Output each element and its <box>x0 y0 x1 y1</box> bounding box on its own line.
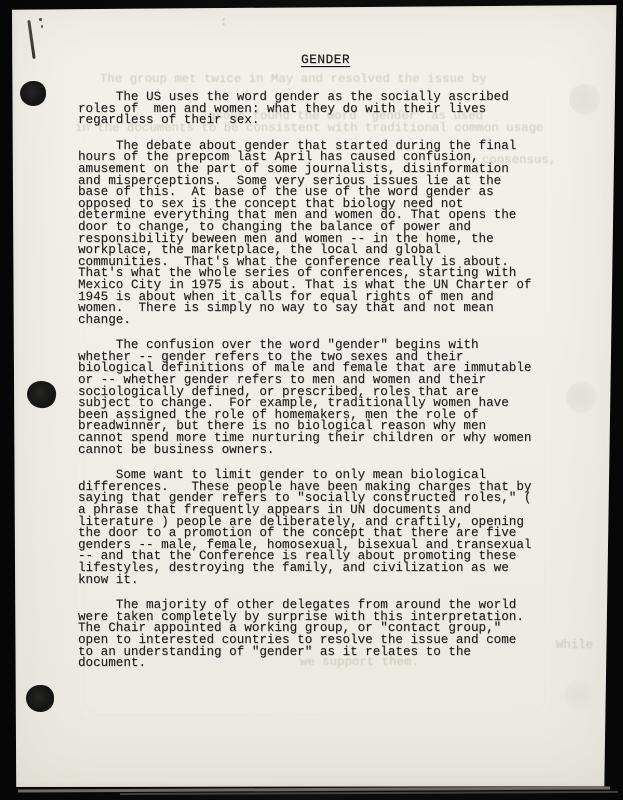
scan-background: { "document": { "title": "GENDER", "para… <box>0 0 623 800</box>
paragraph-3: The confusion over the word "gender" beg… <box>78 340 573 456</box>
document-body: GENDER The US uses the word gender as th… <box>12 5 617 684</box>
hole-punch <box>26 685 54 712</box>
document-title: GENDER <box>78 52 573 67</box>
paragraph-4: Some want to limit gender to only mean b… <box>78 470 573 586</box>
paragraph-2: The debate about gender that started dur… <box>78 141 573 327</box>
scan-canvas: The group met twice in May and resolved … <box>0 0 623 800</box>
stacked-sheet-edge <box>120 791 618 795</box>
paragraph-1: The US uses the word gender as the socia… <box>78 92 573 127</box>
hole-punch-shadow <box>564 680 595 711</box>
paragraph-5: The majority of other delegates from aro… <box>78 600 573 670</box>
scanned-page: The group met twice in May and resolved … <box>12 5 617 787</box>
